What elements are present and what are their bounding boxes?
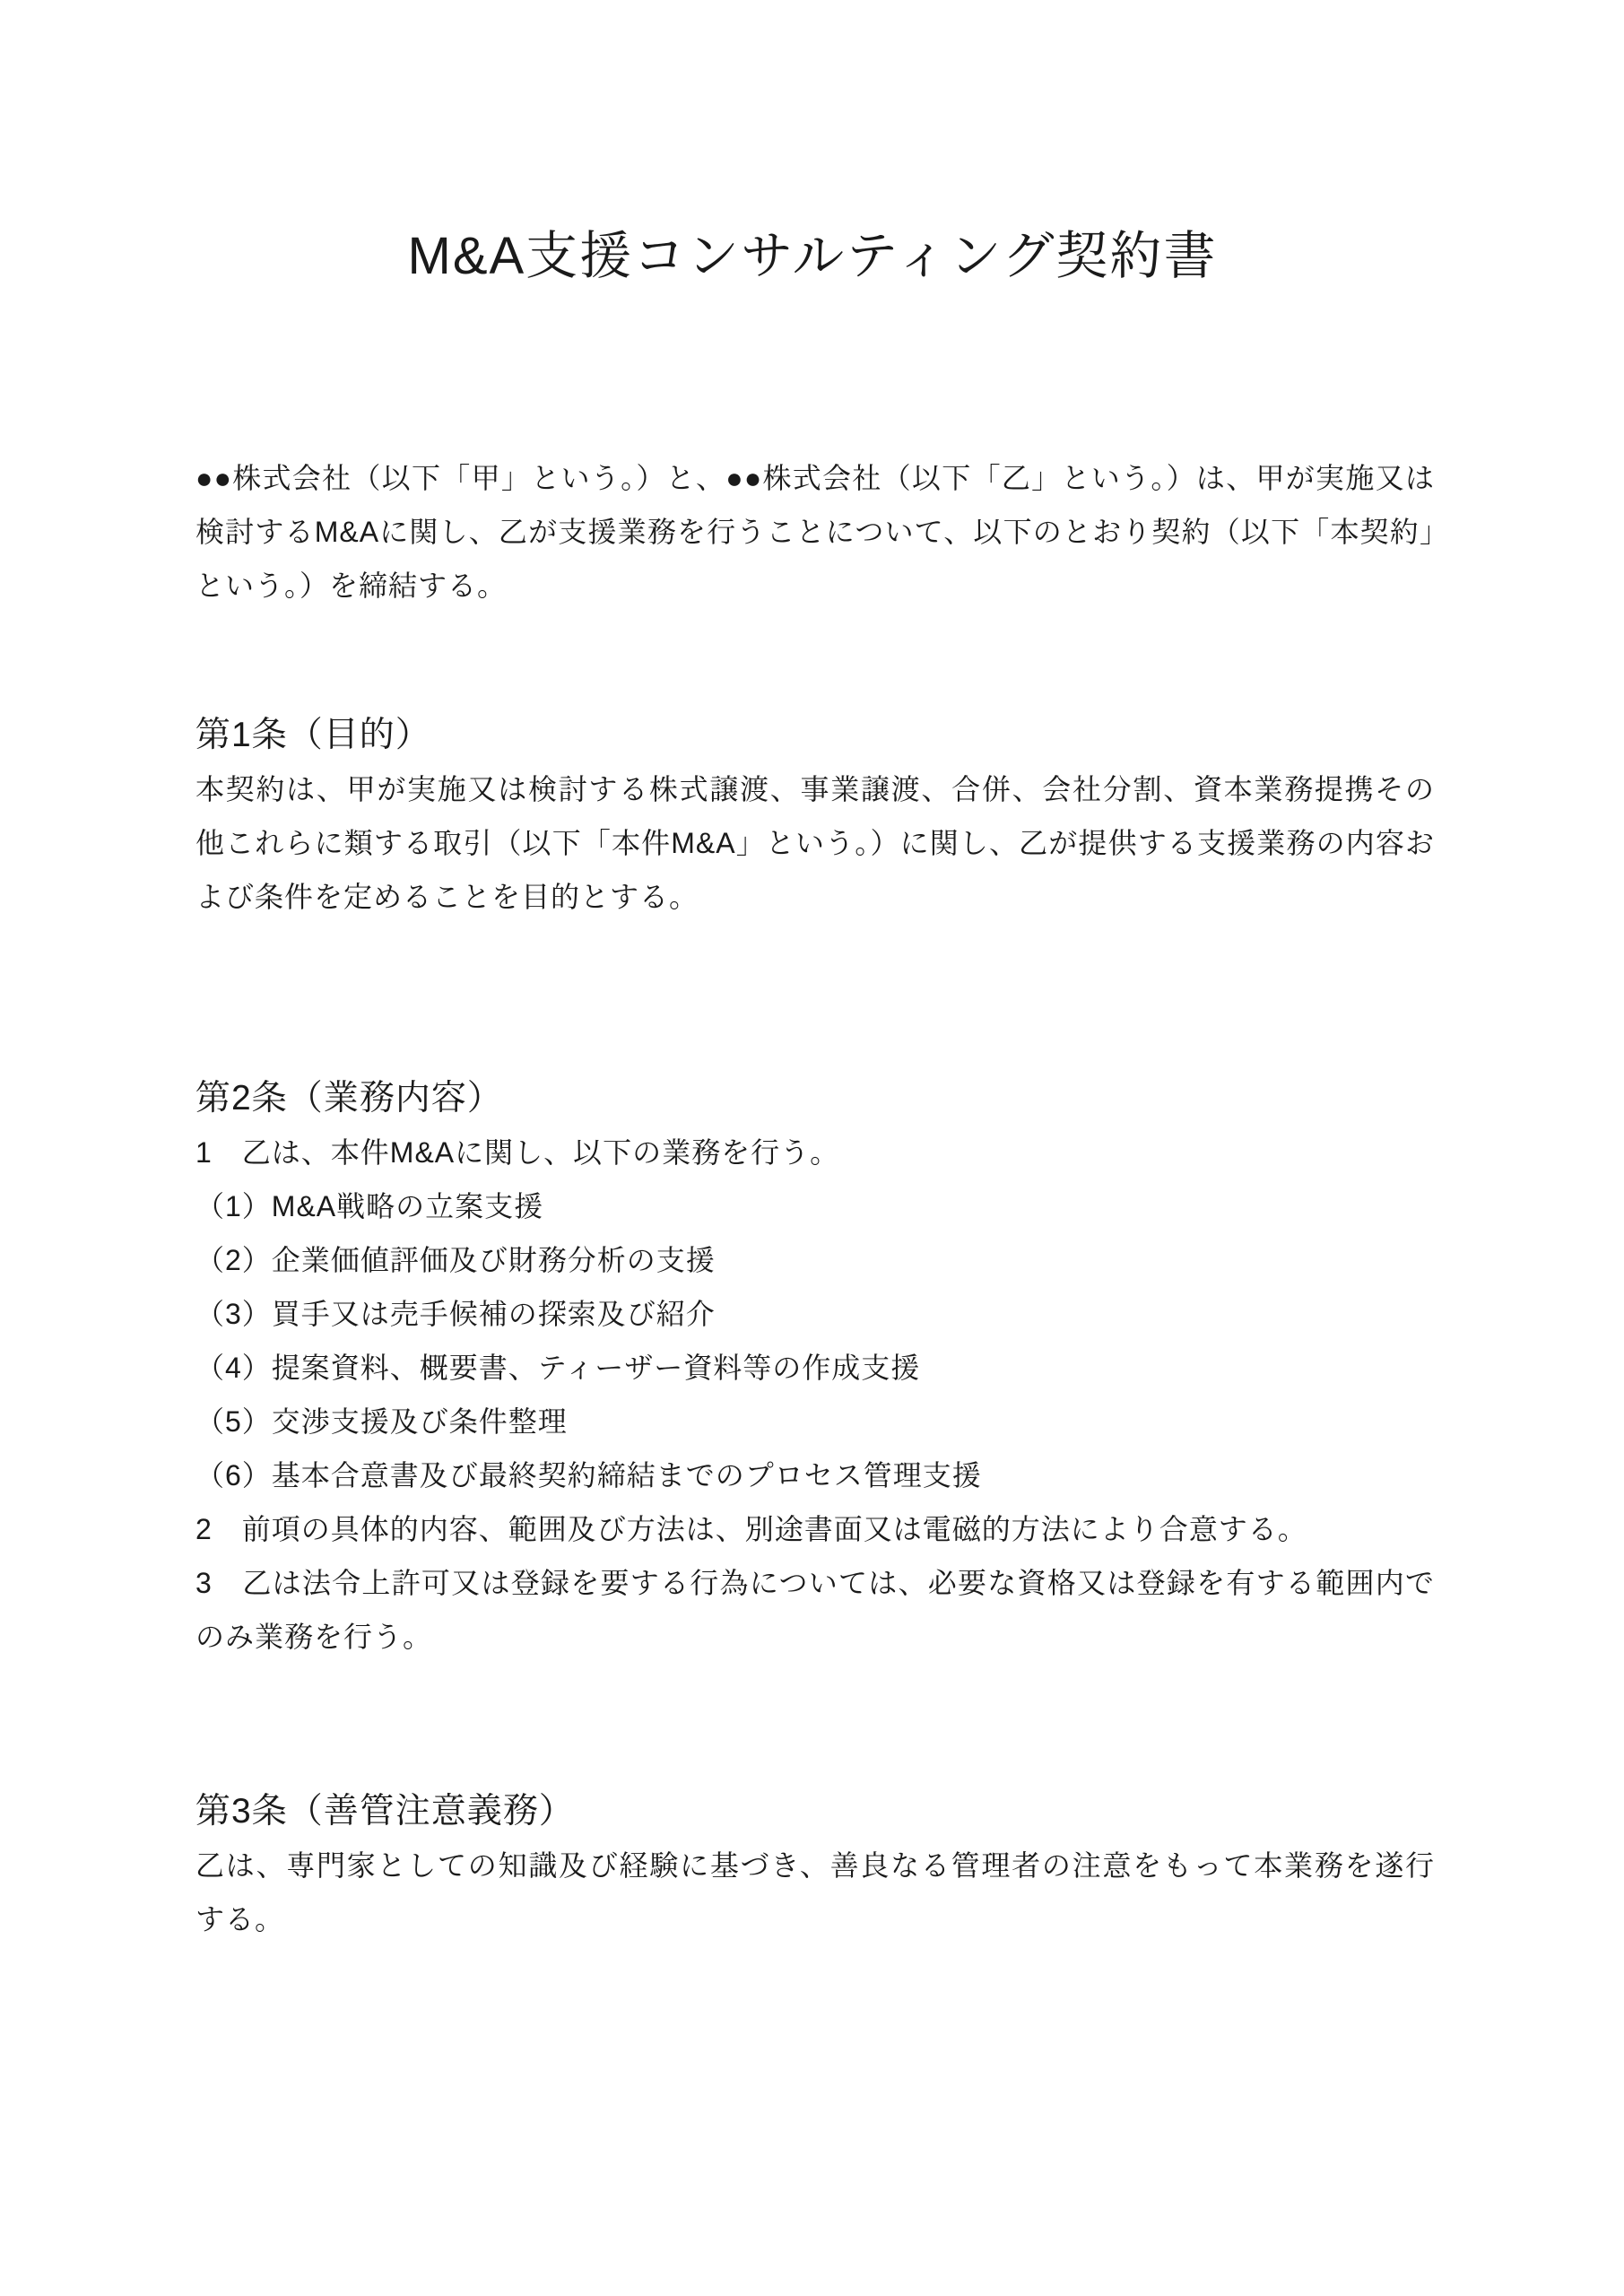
article-3-heading: 第3条（善管注意義務） [195,1785,1435,1839]
article-2-item-1: （1）M&A戦略の立案支援 [195,1179,1435,1233]
article-3-body: 乙は、専門家としての知識及び経験に基づき、善良なる管理者の注意をもって本業務を遂… [195,1839,1435,1946]
article-1-body: 本契約は、甲が実施又は検討する株式譲渡、事業譲渡、合併、会社分割、資本業務提携そ… [195,762,1435,924]
preamble-paragraph: ●●株式会社（以下「甲」という。）と、●●株式会社（以下「乙」という。）は、甲が… [195,451,1435,613]
article-2-item-2: （2）企業価値評価及び財務分析の支援 [195,1233,1435,1287]
contract-page: M&A支援コンサルティング契約書 ●●株式会社（以下「甲」という。）と、●●株式… [0,0,1624,2296]
article-2-scope-of-services: 第2条（業務内容） 1 乙は、本件M&Aに関し、以下の業務を行う。 （1）M&A… [195,1072,1435,1664]
article-2-item-6: （6）基本合意書及び最終契約締結までのプロセス管理支援 [195,1448,1435,1502]
article-2-heading: 第2条（業務内容） [195,1072,1435,1126]
article-2-clause-1: 1 乙は、本件M&Aに関し、以下の業務を行う。 [195,1126,1435,1179]
article-2-item-3: （3）買手又は売手候補の探索及び紹介 [195,1287,1435,1341]
article-2-item-5: （5）交渉支援及び条件整理 [195,1395,1435,1448]
document-title: M&A支援コンサルティング契約書 [193,224,1432,289]
article-1-purpose: 第1条（目的） 本契約は、甲が実施又は検討する株式譲渡、事業譲渡、合併、会社分割… [195,709,1435,924]
article-1-heading: 第1条（目的） [195,709,1435,762]
article-2-clause-2: 2 前項の具体的内容、範囲及び方法は、別途書面又は電磁的方法により合意する。 [195,1502,1435,1556]
article-3-duty-of-care: 第3条（善管注意義務） 乙は、専門家としての知識及び経験に基づき、善良なる管理者… [195,1785,1435,1946]
article-2-clause-3: 3 乙は法令上許可又は登録を要する行為については、必要な資格又は登録を有する範囲… [195,1556,1435,1664]
article-2-item-4: （4）提案資料、概要書、ティーザー資料等の作成支援 [195,1341,1435,1395]
